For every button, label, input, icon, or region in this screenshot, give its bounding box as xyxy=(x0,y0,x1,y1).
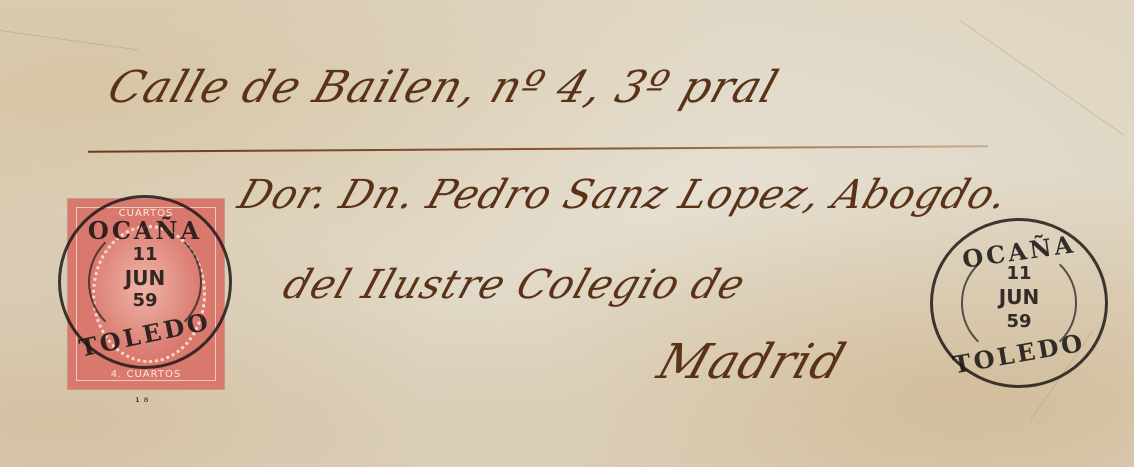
postmark-month: JUN xyxy=(933,287,1105,307)
paper-fold xyxy=(960,20,1124,136)
address-line-4: Madrid xyxy=(651,334,853,390)
postmark-month: JUN xyxy=(61,268,229,288)
paper-fold xyxy=(0,30,139,50)
postmark-town: OCAÑA xyxy=(61,216,229,245)
postmark-day: 11 xyxy=(61,246,229,264)
underline-rule xyxy=(88,145,988,152)
stamp-value-label: 4. CUARTOS xyxy=(68,369,224,380)
envelope: Calle de Bailen, nº 4, 3º pral Dor. Dn. … xyxy=(0,0,1134,467)
postmark-right: OCAÑA 11 JUN 59 TOLEDO xyxy=(930,218,1108,388)
pencil-marks: ¹ ⁸ xyxy=(135,395,148,409)
postmark-on-stamp: OCAÑA 11 JUN 59 TOLEDO xyxy=(58,195,232,369)
postmark-day: 11 xyxy=(933,265,1105,283)
address-line-3: del Ilustre Colegio de xyxy=(278,262,752,308)
address-line-2: Dor. Dn. Pedro Sanz Lopez, Abogdo. xyxy=(233,172,1015,218)
address-line-1: Calle de Bailen, nº 4, 3º pral xyxy=(102,62,785,113)
